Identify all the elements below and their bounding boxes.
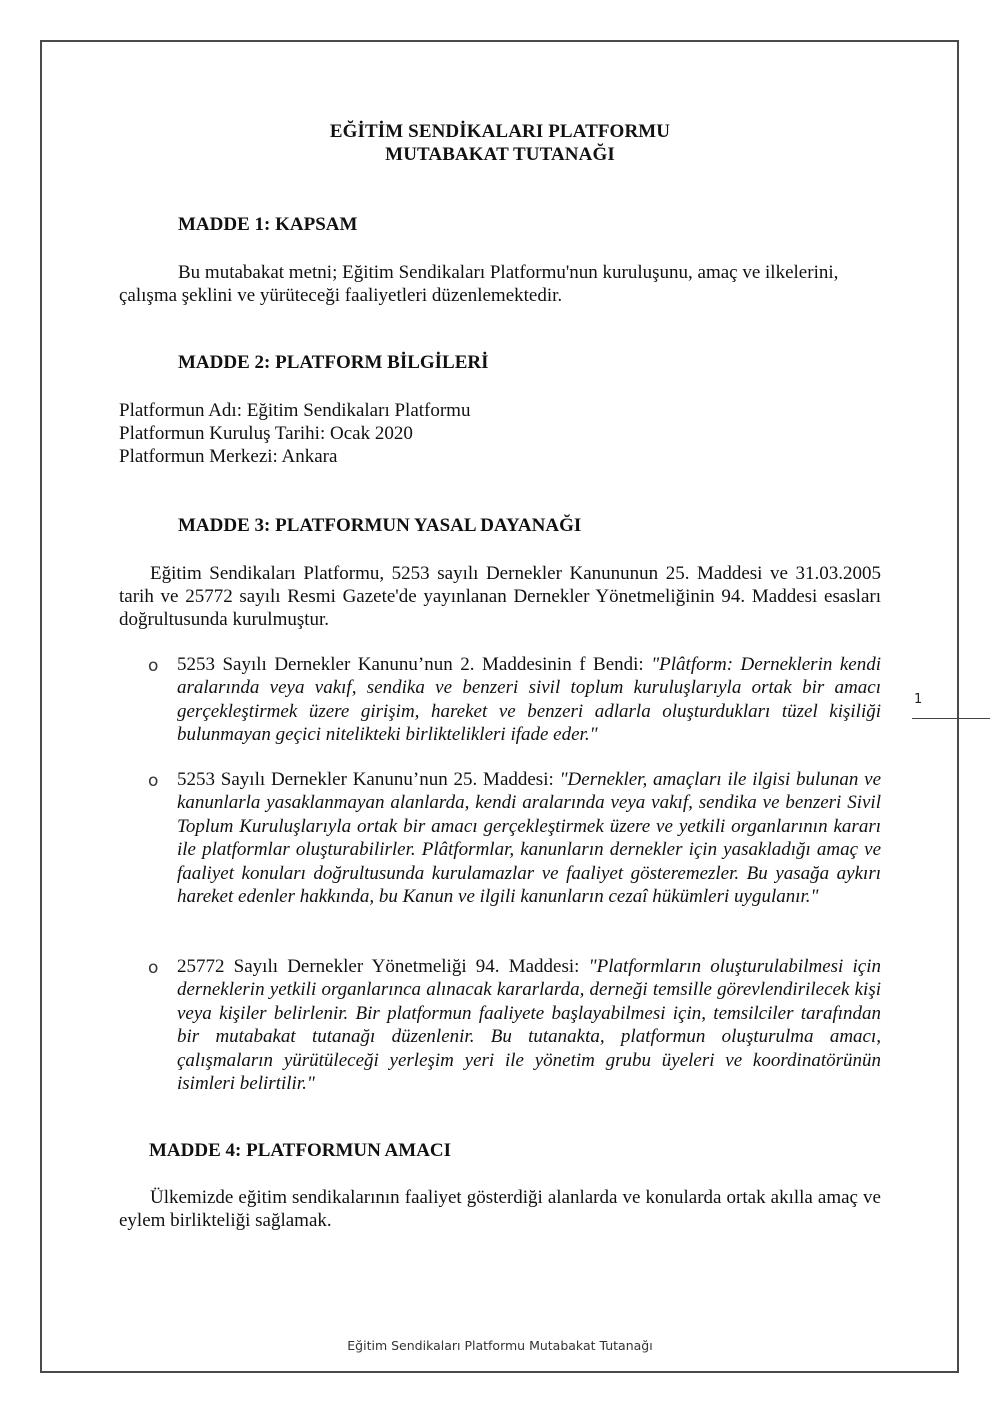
madde3-paragraph: Eğitim Sendikaları Platformu, 5253 sayıl…	[119, 562, 881, 631]
legal-basis-item: 5253 Sayılı Dernekler Kanunu’nun 2. Madd…	[177, 653, 881, 747]
madde4-heading: MADDE 4: PLATFORMUN AMACI	[149, 1140, 451, 1162]
title-line-1: EĞİTİM SENDİKALARI PLATFORMU	[0, 120, 1000, 143]
legal-basis-lead: 25772 Sayılı Dernekler Yönetmeliği 94. M…	[177, 956, 589, 977]
bullet-icon: o	[148, 656, 158, 676]
page-number-divider	[912, 718, 990, 719]
madde4-paragraph: Ülkemizde eğitim sendikalarının faaliyet…	[119, 1186, 881, 1232]
bullet-icon: o	[148, 958, 158, 978]
platform-name: Platformun Adı: Eğitim Sendikaları Platf…	[119, 399, 470, 422]
madde1-text-line2: çalışma şeklini ve yürüteceği faaliyetle…	[119, 284, 562, 307]
legal-basis-item: 5253 Sayılı Dernekler Kanunu’nun 25. Mad…	[177, 768, 881, 908]
legal-basis-item: 25772 Sayılı Dernekler Yönetmeliği 94. M…	[177, 955, 881, 1095]
legal-basis-lead: 5253 Sayılı Dernekler Kanunu’nun 25. Mad…	[177, 769, 560, 790]
page-number: 1	[914, 692, 922, 707]
madde1-text-line1: Bu mutabakat metni; Eğitim Sendikaları P…	[178, 261, 838, 284]
madde2-heading: MADDE 2: PLATFORM BİLGİLERİ	[178, 352, 489, 374]
bullet-icon: o	[148, 771, 158, 791]
platform-founding-date: Platformun Kuruluş Tarihi: Ocak 2020	[119, 422, 470, 445]
madde3-heading: MADDE 3: PLATFORMUN YASAL DAYANAĞI	[178, 515, 581, 537]
platform-headquarters: Platformun Merkezi: Ankara	[119, 445, 470, 468]
legal-basis-lead: 5253 Sayılı Dernekler Kanunu’nun 2. Madd…	[177, 654, 651, 675]
page-footer: Eğitim Sendikaları Platformu Mutabakat T…	[0, 1338, 1000, 1353]
document-title: EĞİTİM SENDİKALARI PLATFORMU MUTABAKAT T…	[0, 120, 1000, 166]
title-line-2: MUTABAKAT TUTANAĞI	[0, 143, 1000, 166]
platform-info: Platformun Adı: Eğitim Sendikaları Platf…	[119, 399, 470, 468]
madde1-heading: MADDE 1: KAPSAM	[178, 214, 357, 236]
